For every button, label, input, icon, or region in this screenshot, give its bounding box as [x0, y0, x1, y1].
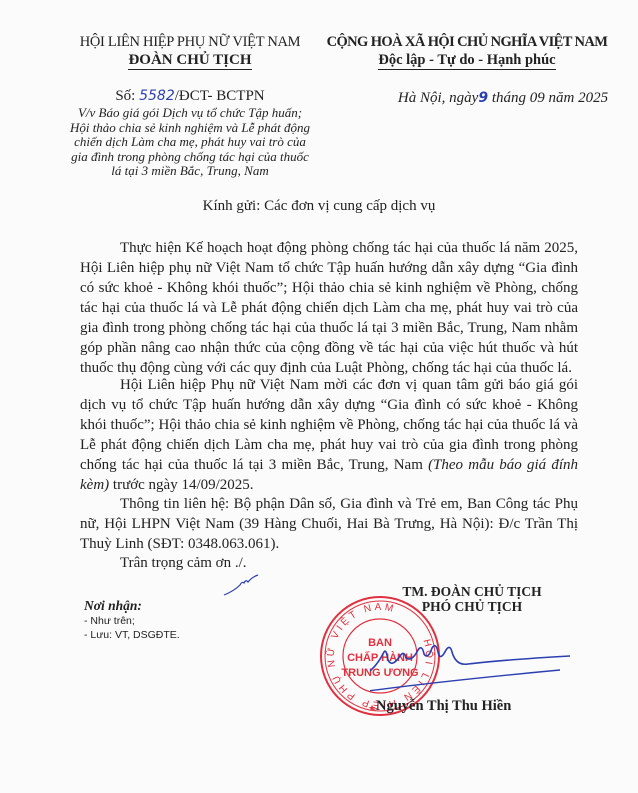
paragraph-2: Hội Liên hiệp Phụ nữ Việt Nam mời các đơ… — [80, 375, 578, 495]
date-prefix: Hà Nội, ngày — [398, 90, 478, 106]
signer-name: Nguyễn Thị Thu Hiền — [376, 698, 511, 715]
paragraph-1: Thực hiện Kế hoạch hoạt động phòng chống… — [80, 238, 578, 378]
date-suffix: tháng 09 năm 2025 — [488, 90, 608, 106]
header-right: CỘNG HOÀ XÃ HỘI CHỦ NGHĨA VIỆT NAM Độc l… — [308, 34, 626, 107]
organization-name: HỘI LIÊN HIỆP PHỤ NỮ VIỆT NAM — [55, 34, 325, 51]
subject-line: Hội thảo chia sẻ kinh nghiệm và Lễ phát … — [55, 121, 325, 136]
paragraph-contact: Thông tin liên hệ: Bộ phận Dân số, Gia đ… — [80, 494, 578, 554]
document-number-handwritten: 5582 — [139, 88, 175, 104]
subject-line: lá tại 3 miền Bắc, Trung, Nam — [55, 164, 325, 179]
paragraph-text: Hội Liên hiệp Phụ nữ Việt Nam mời các đơ… — [80, 375, 578, 495]
subject: V/v Báo giá gói Dịch vụ tổ chức Tập huấn… — [55, 106, 325, 179]
initials-mark — [222, 573, 262, 599]
signature-title-line-1: TM. ĐOÀN CHỦ TỊCH — [372, 584, 572, 599]
header-left: HỘI LIÊN HIỆP PHỤ NỮ VIỆT NAM ĐOÀN CHỦ T… — [55, 34, 325, 179]
deadline: trước ngày 14/09/2025. — [109, 477, 253, 493]
date-day-handwritten: 9 — [478, 90, 488, 106]
official-letter: HỘI LIÊN HIỆP PHỤ NỮ VIỆT NAM ĐOÀN CHỦ T… — [0, 0, 638, 793]
closing-line: Trân trọng cảm ơn ./. — [120, 555, 247, 572]
paragraph-text: Thực hiện Kế hoạch hoạt động phòng chống… — [80, 238, 578, 378]
subject-line: chiến dịch Làm cha mẹ, phát huy vai trò … — [55, 135, 325, 150]
recipient-item: - Lưu: VT, DSGĐTE. — [84, 628, 180, 642]
issuing-body: ĐOÀN CHỦ TỊCH — [128, 51, 251, 70]
subject-line: gia đình trong phòng chống tác hại của t… — [55, 150, 325, 165]
recipients-block: Nơi nhận: - Như trên; - Lưu: VT, DSGĐTE. — [84, 598, 180, 642]
signature-title-line-2: PHÓ CHỦ TỊCH — [372, 599, 572, 614]
subject-line: V/v Báo giá gói Dịch vụ tổ chức Tập huấn… — [55, 106, 325, 121]
national-motto: Độc lập - Tự do - Hạnh phúc — [378, 51, 555, 70]
handwritten-signature — [370, 626, 570, 706]
recipient-item: - Như trên; — [84, 614, 180, 628]
national-title: CỘNG HOÀ XÃ HỘI CHỦ NGHĨA VIỆT NAM — [308, 34, 626, 51]
document-number-prefix: Số: — [115, 88, 139, 104]
document-number: Số: 5582/ĐCT- BCTPN — [55, 87, 325, 105]
document-number-suffix: /ĐCT- BCTPN — [175, 88, 265, 104]
issue-date: Hà Nội, ngày9 tháng 09 năm 2025 — [308, 89, 626, 107]
paragraph-text: Thông tin liên hệ: Bộ phận Dân số, Gia đ… — [80, 494, 578, 554]
recipient-line: Kính gửi: Các đơn vị cung cấp dịch vụ — [0, 198, 638, 215]
recipients-title: Nơi nhận: — [84, 598, 180, 614]
signature-title: TM. ĐOÀN CHỦ TỊCH PHÓ CHỦ TỊCH — [372, 584, 572, 614]
